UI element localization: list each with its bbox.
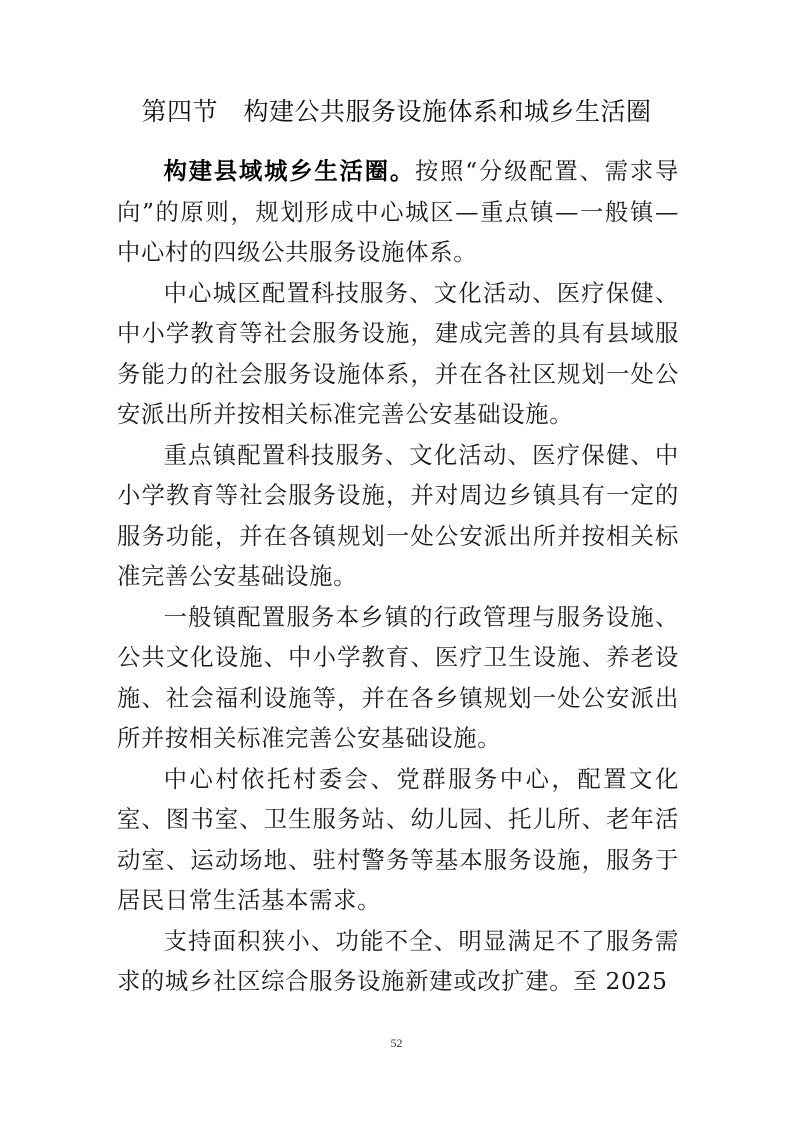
paragraph-text: 一般镇配置服务本乡镇的行政管理与服务设施、公共文化设施、中小学教育、医疗卫生设施… — [117, 604, 679, 753]
paragraph-text: 中心城区配置科技服务、文化活动、医疗保健、中小学教育等社会服务设施，建成完善的具… — [117, 280, 679, 429]
paragraph-lead-heading: 构建县域城乡生活圈。 — [164, 158, 415, 185]
body-text: 构建县域城乡生活圈。按照“分级配置、需求导向”的原则，规划形成中心城区—重点镇—… — [117, 152, 679, 1003]
section-title: 第四节 构建公共服务设施体系和城乡生活圈 — [0, 94, 793, 130]
document-page: 第四节 构建公共服务设施体系和城乡生活圈 构建县域城乡生活圈。按照“分级配置、需… — [0, 0, 793, 1122]
paragraph-general-towns: 一般镇配置服务本乡镇的行政管理与服务设施、公共文化设施、中小学教育、医疗卫生设施… — [117, 598, 679, 760]
paragraph-text: 重点镇配置科技服务、文化活动、医疗保健、中小学教育等社会服务设施，并对周边乡镇具… — [117, 442, 679, 591]
paragraph-key-towns: 重点镇配置科技服务、文化活动、医疗保健、中小学教育等社会服务设施，并对周边乡镇具… — [117, 436, 679, 598]
paragraph-text: 中心村依托村委会、党群服务中心，配置文化室、图书室、卫生服务站、幼儿园、托儿所、… — [117, 766, 679, 915]
paragraph-central-villages: 中心村依托村委会、党群服务中心，配置文化室、图书室、卫生服务站、幼儿园、托儿所、… — [117, 760, 679, 922]
page-number: 52 — [0, 1036, 793, 1051]
paragraph-life-circle: 构建县域城乡生活圈。按照“分级配置、需求导向”的原则，规划形成中心城区—重点镇—… — [117, 152, 679, 274]
paragraph-community-facilities: 支持面积狭小、功能不全、明显满足不了服务需求的城乡社区综合服务设施新建或改扩建。… — [117, 922, 679, 1003]
paragraph-central-city: 中心城区配置科技服务、文化活动、医疗保健、中小学教育等社会服务设施，建成完善的具… — [117, 274, 679, 436]
paragraph-text: 支持面积狭小、功能不全、明显满足不了服务需求的城乡社区综合服务设施新建或改扩建。… — [117, 928, 679, 996]
